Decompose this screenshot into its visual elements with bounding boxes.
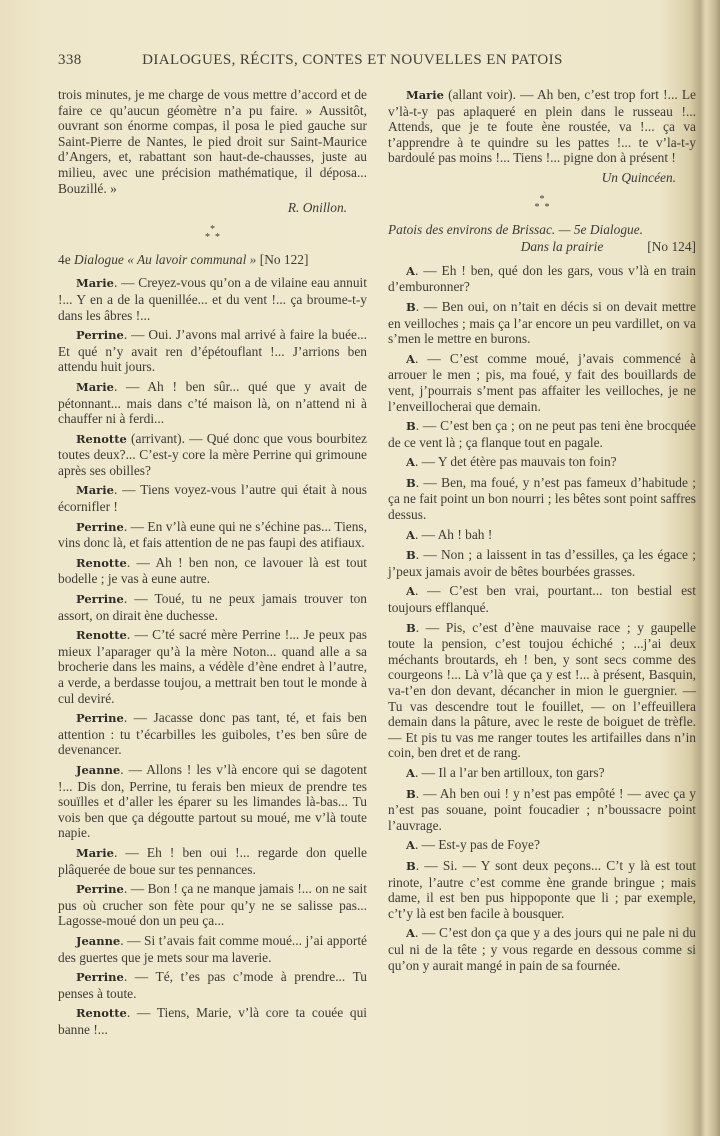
speech-text: . — Eh ! ben, qué don les gars, vous v’l… bbox=[388, 263, 696, 295]
speech-paragraph: A. — Il a l’ar ben artilloux, ton gars? bbox=[388, 765, 696, 782]
speech-paragraph: Marie. — Eh ! ben oui !... regarde don q… bbox=[58, 845, 367, 877]
opening-paragraph: trois minutes, je me charge de vous mett… bbox=[58, 87, 367, 196]
page-number: 338 bbox=[58, 52, 138, 69]
speech-paragraph: A. — Y det étère pas mauvais ton foin? bbox=[388, 454, 696, 471]
author-signature: Un Quincéen. bbox=[388, 170, 676, 186]
speech-paragraph: A. — C’est don ça que y a des jours qui … bbox=[388, 925, 696, 973]
speech-paragraph: Marie (allant voir). — Ah ben, c’est tro… bbox=[388, 87, 696, 166]
asterism-separator: ** * bbox=[388, 196, 696, 212]
speech-paragraph: B. — Non ; a laissent in tas d’essilles,… bbox=[388, 547, 696, 579]
speech-paragraph: A. — Ah ! bah ! bbox=[388, 527, 696, 544]
section-subtitle: Dans la prairie[No 124] bbox=[388, 239, 696, 255]
speaker-name: Marie bbox=[406, 88, 444, 102]
speech-paragraph: B. — Ben, ma foué, y n’est pas fameux d’… bbox=[388, 475, 696, 523]
speaker-name: Perrine bbox=[76, 970, 124, 984]
speech-paragraph: Perrine. — Toué, tu ne peux jamais trouv… bbox=[58, 591, 367, 623]
speech-text: . — Ah ! bah ! bbox=[415, 527, 492, 542]
speaker-name: B bbox=[406, 621, 416, 635]
right-column: Marie (allant voir). — Ah ben, c’est tro… bbox=[388, 87, 696, 977]
book-page: 338 DIALOGUES, RÉCITS, CONTES ET NOUVELL… bbox=[0, 0, 720, 1136]
speech-paragraph: Marie. — Ah ! ben sûr... qué que y avait… bbox=[58, 379, 367, 427]
speech-text: . — Non ; a laissent in tas d’essilles, … bbox=[388, 547, 696, 579]
speaker-name: Perrine bbox=[76, 711, 124, 725]
running-title: DIALOGUES, RÉCITS, CONTES ET NOUVELLES E… bbox=[142, 52, 563, 69]
speech-text: . — Pis, c’est d’ène mauvaise race ; y g… bbox=[388, 620, 696, 761]
speaker-name: B bbox=[406, 476, 416, 490]
speech-text: . — C’est comme moué, j’avais commencé à… bbox=[388, 351, 696, 414]
speech-text: . — Ah ben oui ! y n’est pas empôté ! — … bbox=[388, 786, 696, 833]
speaker-name: Perrine bbox=[76, 520, 124, 534]
speech-paragraph: Perrine. — En v’là eune qui ne s’échine … bbox=[58, 519, 367, 551]
speech-paragraph: Perrine. — Jacasse donc pas tant, té, et… bbox=[58, 710, 367, 758]
dialogue-ref: [No 122] bbox=[260, 252, 309, 267]
dialogue-speeches: A. — Eh ! ben, qué don les gars, vous v’… bbox=[388, 263, 696, 973]
running-header: 338 DIALOGUES, RÉCITS, CONTES ET NOUVELL… bbox=[58, 52, 698, 69]
speaker-name: Marie bbox=[76, 846, 114, 860]
speaker-name: A bbox=[406, 455, 415, 469]
speech-paragraph: A. — Eh ! ben, qué don les gars, vous v’… bbox=[388, 263, 696, 295]
speech-paragraph: Marie. — Tiens voyez-vous l’autre qui ét… bbox=[58, 482, 367, 514]
speech-text: . — Est-y pas de Foye? bbox=[415, 837, 540, 852]
speaker-name: A bbox=[406, 766, 415, 780]
left-column: trois minutes, je me charge de vous mett… bbox=[58, 87, 367, 1041]
speech-paragraph: Jeanne. — Allons ! les v’là encore qui s… bbox=[58, 762, 367, 841]
speaker-name: A bbox=[406, 528, 415, 542]
speaker-name: B bbox=[406, 419, 416, 433]
speaker-name: Marie bbox=[76, 483, 114, 497]
speaker-name: Perrine bbox=[76, 592, 124, 606]
speech-paragraph: Perrine. — Té, t’es pas c’mode à prendre… bbox=[58, 969, 367, 1001]
speech-paragraph: B. — Pis, c’est d’ène mauvaise race ; y … bbox=[388, 620, 696, 761]
speech-text: . — C’est don ça que y a des jours qui n… bbox=[388, 925, 696, 972]
speech-text: . — Il a l’ar ben artilloux, ton gars? bbox=[415, 765, 605, 780]
speaker-name: Jeanne bbox=[76, 934, 120, 948]
speaker-name: Renotte bbox=[76, 432, 127, 446]
speech-paragraph: Renotte. — C’té sacré mère Perrine !... … bbox=[58, 627, 367, 706]
section-title-line1: Patois des environs de Brissac. — 5e Dia… bbox=[388, 222, 643, 237]
speech-paragraph: B. — Ah ben oui ! y n’est pas empôté ! —… bbox=[388, 786, 696, 834]
speaker-name: A bbox=[406, 838, 415, 852]
section-subtitle-text: Dans la prairie bbox=[521, 239, 604, 254]
section-title: Patois des environs de Brissac. — 5e Dia… bbox=[388, 222, 696, 238]
speaker-name: Renotte bbox=[76, 628, 127, 642]
speaker-name: Marie bbox=[76, 380, 114, 394]
dialogue-number: 4e bbox=[58, 252, 74, 267]
speech-paragraph: Marie. — Creyez-vous qu’on a de vilaine … bbox=[58, 275, 367, 323]
speech-paragraph: Renotte. — Ah ! ben non, ce lavouer là e… bbox=[58, 555, 367, 587]
speech-text: . — C’est ben vrai, pourtant... ton best… bbox=[388, 583, 696, 615]
asterism-separator: ** * bbox=[58, 226, 367, 242]
speech-paragraph: Perrine. — Bon ! ça ne manque jamais !..… bbox=[58, 881, 367, 929]
speaker-name: A bbox=[406, 264, 415, 278]
speaker-name: A bbox=[406, 352, 415, 366]
speech-text: . — C’est ben ça ; on ne peut pas teni è… bbox=[388, 418, 696, 450]
speaker-name: B bbox=[406, 859, 416, 873]
speech-paragraph: B. — Ben oui, on n’tait en décis si on d… bbox=[388, 299, 696, 347]
speaker-name: Renotte bbox=[76, 1006, 127, 1020]
speech-text: . — Ben, ma foué, y n’est pas fameux d’h… bbox=[388, 475, 696, 522]
speaker-name: B bbox=[406, 300, 416, 314]
speech-paragraph: Renotte. — Tiens, Marie, v’là core ta co… bbox=[58, 1005, 367, 1037]
dialogue-speeches: Marie. — Creyez-vous qu’on a de vilaine … bbox=[58, 275, 367, 1037]
dialogue-label: Dialogue bbox=[74, 252, 127, 267]
speech-paragraph: B. — C’est ben ça ; on ne peut pas teni … bbox=[388, 418, 696, 450]
speaker-name: Renotte bbox=[76, 556, 127, 570]
speaker-name: Marie bbox=[76, 276, 114, 290]
speech-text: . — Si. — Y sont deux peçons... C’t y là… bbox=[388, 858, 696, 921]
speech-text: . — Y det étère pas mauvais ton foin? bbox=[415, 454, 617, 469]
speech-paragraph: A. — Est-y pas de Foye? bbox=[388, 837, 696, 854]
speaker-name: Perrine bbox=[76, 328, 124, 342]
speech-paragraph: A. — C’est comme moué, j’avais commencé … bbox=[388, 351, 696, 414]
speaker-name: Jeanne bbox=[76, 763, 120, 777]
speech-paragraph: A. — C’est ben vrai, pourtant... ton bes… bbox=[388, 583, 696, 615]
speech-paragraph: Perrine. — Oui. J’avons mal arrivé à fai… bbox=[58, 327, 367, 375]
dialogue-name: « Au lavoir communal » bbox=[127, 252, 260, 267]
speaker-name: A bbox=[406, 584, 415, 598]
speech-paragraph: Jeanne. — Si t’avais fait comme moué... … bbox=[58, 933, 367, 965]
speaker-name: B bbox=[406, 787, 416, 801]
dialogue-title: 4e Dialogue « Au lavoir communal » [No 1… bbox=[58, 252, 367, 268]
section-ref: [No 124] bbox=[647, 239, 696, 254]
speech-paragraph: B. — Si. — Y sont deux peçons... C’t y l… bbox=[388, 858, 696, 921]
speaker-name: B bbox=[406, 548, 416, 562]
speaker-name: A bbox=[406, 926, 415, 940]
speech-paragraph: Renotte (arrivant). — Qué donc que vous … bbox=[58, 431, 367, 479]
author-signature: R. Onillon. bbox=[58, 200, 347, 216]
speaker-name: Perrine bbox=[76, 882, 124, 896]
speech-text: . — Ben oui, on n’tait en décis si on de… bbox=[388, 299, 696, 346]
